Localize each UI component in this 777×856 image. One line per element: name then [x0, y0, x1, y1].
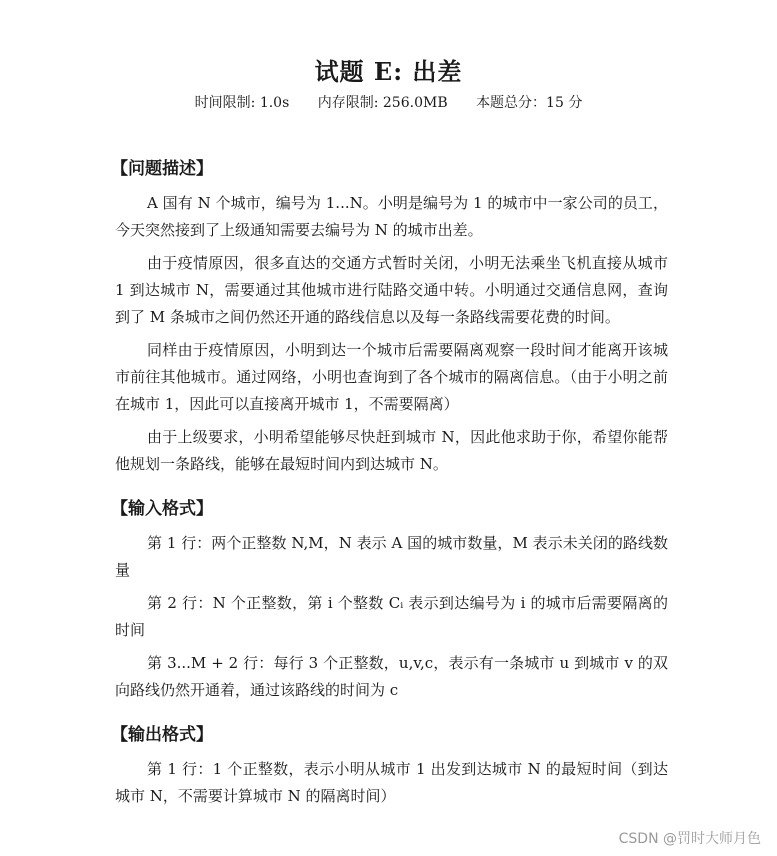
- paragraph: 第 1 行：1 个正整数，表示小明从城市 1 出发到达城市 N 的最短时间（到达…: [115, 756, 668, 810]
- paragraph: 第 1 行：两个正整数 N,M，N 表示 A 国的城市数量，M 表示未关闭的路线…: [115, 530, 668, 584]
- paragraph: 由于上级要求，小明希望能够尽快赶到城市 N，因此他求助于你，希望你能帮他规划一条…: [115, 424, 668, 478]
- problem-meta: 时间限制: 1.0s 内存限制: 256.0MB 本题总分：15 分: [0, 92, 777, 112]
- section-description: 【问题描述】 A 国有 N 个城市，编号为 1...N。小明是编号为 1 的城市…: [115, 156, 668, 478]
- total-score: 本题总分：15 分: [476, 95, 582, 111]
- section-heading: 【输入格式】: [111, 496, 668, 522]
- section-input-format: 【输入格式】 第 1 行：两个正整数 N,M，N 表示 A 国的城市数量，M 表…: [115, 496, 668, 704]
- section-heading: 【问题描述】: [111, 156, 668, 182]
- watermark: CSDN @罚时大师月色: [619, 828, 761, 848]
- time-limit: 时间限制: 1.0s: [195, 95, 290, 111]
- paragraph: 由于疫情原因，很多直达的交通方式暂时关闭，小明无法乘坐飞机直接从城市 1 到达城…: [115, 250, 668, 331]
- paragraph: 第 3...M + 2 行：每行 3 个正整数，u,v,c，表示有一条城市 u …: [115, 650, 668, 704]
- section-output-format: 【输出格式】 第 1 行：1 个正整数，表示小明从城市 1 出发到达城市 N 的…: [115, 722, 668, 810]
- section-heading: 【输出格式】: [111, 722, 668, 748]
- problem-content: 【问题描述】 A 国有 N 个城市，编号为 1...N。小明是编号为 1 的城市…: [115, 156, 668, 828]
- paragraph: 第 2 行：N 个正整数，第 i 个整数 Cᵢ 表示到达编号为 i 的城市后需要…: [115, 590, 668, 644]
- paragraph: 同样由于疫情原因，小明到达一个城市后需要隔离观察一段时间才能离开该城市前往其他城…: [115, 337, 668, 418]
- memory-limit: 内存限制: 256.0MB: [318, 95, 448, 111]
- problem-title: 试题 E: 出差: [0, 52, 777, 87]
- paragraph: A 国有 N 个城市，编号为 1...N。小明是编号为 1 的城市中一家公司的员…: [115, 190, 668, 244]
